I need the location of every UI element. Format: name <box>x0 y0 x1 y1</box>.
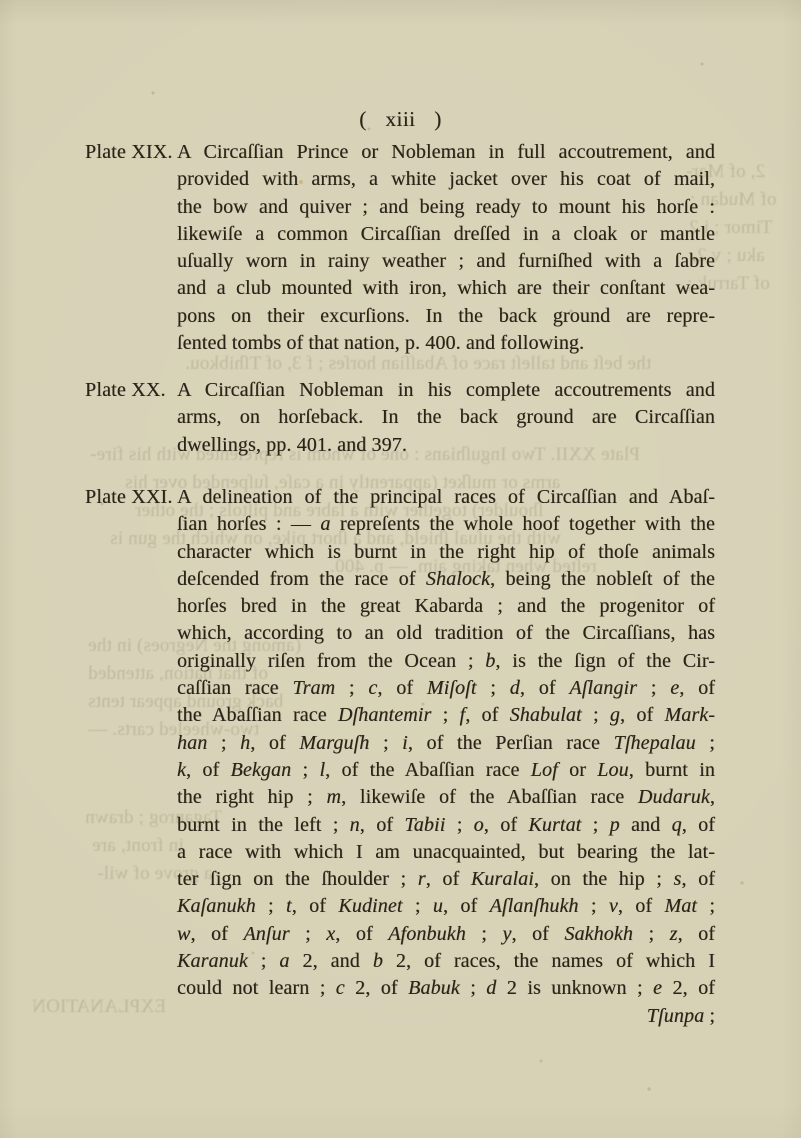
text-line: character which is burnt in the right hi… <box>177 539 715 566</box>
text-line: the Abaſſian race Dſhantemir ; f, of Sha… <box>177 702 715 729</box>
text-line: horſes bred in the great Kabarda ; and t… <box>177 593 715 620</box>
plate-description: A Circaſſian Nobleman in his complete ac… <box>177 377 715 459</box>
text-line: ſented tombs of that nation, p. 400. and… <box>177 330 715 357</box>
text-line: deſcended from the race of Shalock, bein… <box>177 566 715 593</box>
text-line: originally riſen from the Ocean ; b, is … <box>177 648 715 675</box>
text-line: dwellings, pp. 401. and 397. <box>177 432 715 459</box>
text-line: which, according to an old tradition of … <box>177 620 715 647</box>
plate-label: Plate XXI. <box>85 484 173 511</box>
paper-specks <box>0 0 2 2</box>
text-line: uſually worn in rainy weather ; and furn… <box>177 248 715 275</box>
text-line: ter ſign on the ſhoulder ; r, of Kuralai… <box>177 866 715 893</box>
bleedthrough-text: in front, are <box>92 834 184 858</box>
text-line: the bow and quiver ; and being ready to … <box>177 194 715 221</box>
text-line: w, of Anſur ; x, of Afonbukh ; y, of Sak… <box>177 921 715 948</box>
text-line: could not learn ; c 2, of Babuk ; d 2 is… <box>177 975 715 1002</box>
text-line: burnt in the left ; n, of Tabii ; o, of … <box>177 812 715 839</box>
text-line: Karanuk ; a 2, and b 2, of races, the na… <box>177 948 715 975</box>
book-page: 2, of Mar-of Mudan ;Timor ; i 2,aku ; v … <box>0 0 801 1138</box>
text-line: provided with arms, a white jacket over … <box>177 166 715 193</box>
plate-label: Plate XX. <box>85 377 166 404</box>
text-line: ſian horſes : — a repreſents the whole h… <box>177 511 715 538</box>
plate-description: A delineation of the principal races of … <box>177 484 715 1030</box>
text-line: arms, on horſeback. In the back ground a… <box>177 404 715 431</box>
text-line: A delineation of the principal races of … <box>177 484 715 511</box>
text-line: Tſunpa ; <box>177 1003 715 1030</box>
text-line: pons on their excurſions. In the back gr… <box>177 303 715 330</box>
text-line: Kaſanukh ; t, of Kudinet ; u, of Aſlanſh… <box>177 893 715 920</box>
text-line: and a club mounted with iron, which are … <box>177 275 715 302</box>
bleedthrough-text: EXPLANATION <box>32 995 166 1019</box>
plate-label: Plate XIX. <box>85 139 173 166</box>
text-line: han ; h, of Marguſh ; i, of the Perſian … <box>177 730 715 757</box>
text-line: A Circaſſian Nobleman in his complete ac… <box>177 377 715 404</box>
text-line: A Circaſſian Prince or Nobleman in full … <box>177 139 715 166</box>
text-line: caſſian race Tram ; c, of Miſoſt ; d, of… <box>177 675 715 702</box>
text-line: k, of Bekgan ; l, of the Abaſſian race L… <box>177 757 715 784</box>
text-line: likewiſe a common Circaſſian dreſſed in … <box>177 221 715 248</box>
page-number: ( xiii ) <box>0 107 801 132</box>
text-line: the right hip ; m, likewiſe of the Abaſſ… <box>177 784 715 811</box>
plate-description: A Circaſſian Prince or Nobleman in full … <box>177 139 715 357</box>
text-line: a race with which I am unacquainted, but… <box>177 839 715 866</box>
